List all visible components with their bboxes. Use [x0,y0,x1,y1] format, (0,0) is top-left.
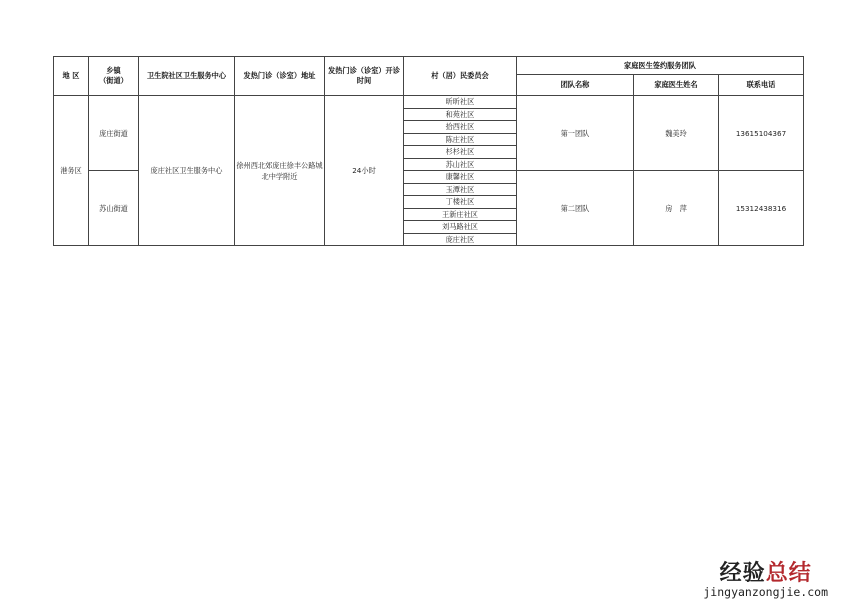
town-cell: 庞庄街道 [89,96,139,171]
header-fever-clinic-address: 发热门诊（诊室）地址 [235,57,325,96]
team-name-cell: 第二团队 [517,171,634,246]
header-doctor-name: 家庭医生姓名 [634,75,719,96]
header-town-line1: 乡镇 [106,66,120,75]
phone-cell: 15312438316 [719,171,804,246]
health-center-cell: 庞庄社区卫生服务中心 [139,96,235,246]
town-cell: 苏山街道 [89,171,139,246]
header-team-name: 团队名称 [517,75,634,96]
community-cell: 陈庄社区 [404,133,517,146]
fever-clinic-address-cell: 徐州西北郊庞庄徐丰公路城北中学附近 [235,96,325,246]
doctor-name-cell: 魏美玲 [634,96,719,171]
community-cell: 丁楼社区 [404,196,517,209]
header-village-committee: 村（居）民委员会 [404,57,517,96]
watermark: 经验总结 jingyanzongjie.com [703,562,828,599]
family-doctor-table: 地 区 乡镇（街道） 卫生院社区卫生服务中心 发热门诊（诊室）地址 发热门诊（诊… [53,56,804,246]
community-cell: 刘马路社区 [404,221,517,234]
table-row: 港务区庞庄街道庞庄社区卫生服务中心徐州西北郊庞庄徐丰公路城北中学附近24小时昕昕… [54,96,804,109]
header-town: 乡镇（街道） [89,57,139,96]
phone-cell: 13615104367 [719,96,804,171]
community-cell: 康馨社区 [404,171,517,184]
header-fever-clinic-hours: 发热门诊（诊室）开诊时间 [325,57,404,96]
header-family-doctor-group: 家庭医生签约服务团队 [517,57,804,75]
fever-clinic-hours-cell: 24小时 [325,96,404,246]
community-cell: 拾西社区 [404,121,517,134]
community-cell: 王新庄社区 [404,208,517,221]
watermark-url: jingyanzongjie.com [703,586,828,599]
community-cell: 昕昕社区 [404,96,517,109]
doctor-name-cell: 房 萍 [634,171,719,246]
header-phone: 联系电话 [719,75,804,96]
region-cell: 港务区 [54,96,89,246]
community-cell: 和苑社区 [404,108,517,121]
header-health-center: 卫生院社区卫生服务中心 [139,57,235,96]
community-cell: 杉杉社区 [404,146,517,159]
team-name-cell: 第一团队 [517,96,634,171]
watermark-logo: 经验总结 [703,562,828,586]
community-cell: 苏山社区 [404,158,517,171]
header-region: 地 区 [54,57,89,96]
header-town-line2: （街道） [99,76,128,85]
community-cell: 庞庄社区 [404,233,517,246]
community-cell: 玉潭社区 [404,183,517,196]
